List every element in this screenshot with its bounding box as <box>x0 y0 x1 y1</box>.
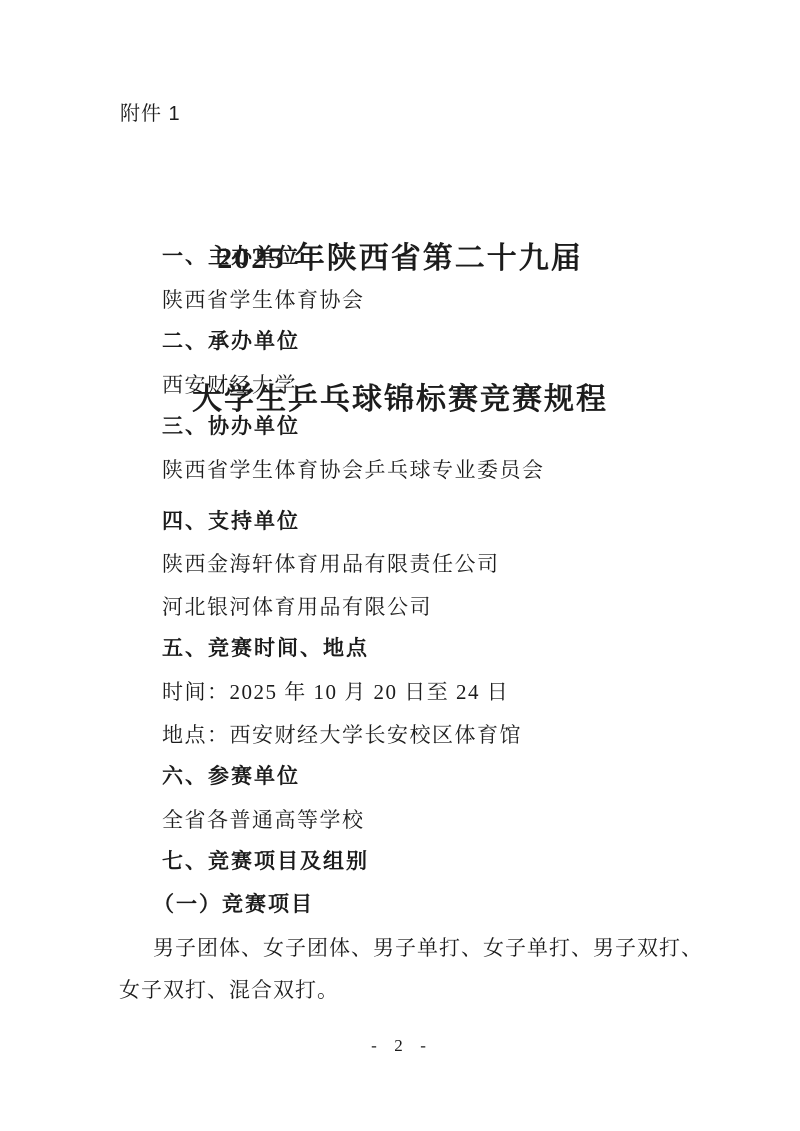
document-page: 附件 1 2025 年陕西省第二十九届 大学生乒乓球锦标赛竞赛规程 一、主办单位… <box>0 0 800 1131</box>
section-heading-host-unit: 一、主办单位 <box>119 236 704 279</box>
section-heading-organizer-unit: 二、承办单位 <box>119 321 704 364</box>
paragraph-line-events-1: 男子团体、女子团体、男子单打、女子单打、男子双打、 <box>119 927 704 970</box>
body-line-support-unit-2: 河北银河体育用品有限公司 <box>119 586 704 629</box>
paragraph-line-events-2: 女子双打、混合双打。 <box>119 969 704 1012</box>
attachment-label: 附件 1 <box>120 101 181 127</box>
document-body: 一、主办单位 陕西省学生体育协会 二、承办单位 西安财经大学 三、协办单位 陕西… <box>119 236 704 1012</box>
body-line-support-unit-1: 陕西金海轩体育用品有限责任公司 <box>119 543 704 586</box>
body-line-place: 地点：西安财经大学长安校区体育馆 <box>119 714 704 757</box>
page-number: - 2 - <box>0 1034 800 1058</box>
body-line-participating-units: 全省各普通高等学校 <box>119 799 704 842</box>
body-line-co-organizer-unit: 陕西省学生体育协会乒乓球专业委员会 <box>119 449 704 492</box>
body-line-time: 时间：2025 年 10 月 20 日至 24 日 <box>119 671 704 714</box>
section-heading-time-place: 五、竞赛时间、地点 <box>119 628 704 671</box>
section-heading-support-unit: 四、支持单位 <box>119 501 704 544</box>
body-line-organizer-unit: 西安财经大学 <box>119 364 704 407</box>
section-heading-events-groups: 七、竞赛项目及组别 <box>119 841 704 884</box>
section-heading-participating-units: 六、参赛单位 <box>119 756 704 799</box>
body-line-host-unit: 陕西省学生体育协会 <box>119 279 704 322</box>
section-heading-co-organizer-unit: 三、协办单位 <box>119 406 704 449</box>
subsection-heading-competition-events: （一）竞赛项目 <box>119 884 704 927</box>
